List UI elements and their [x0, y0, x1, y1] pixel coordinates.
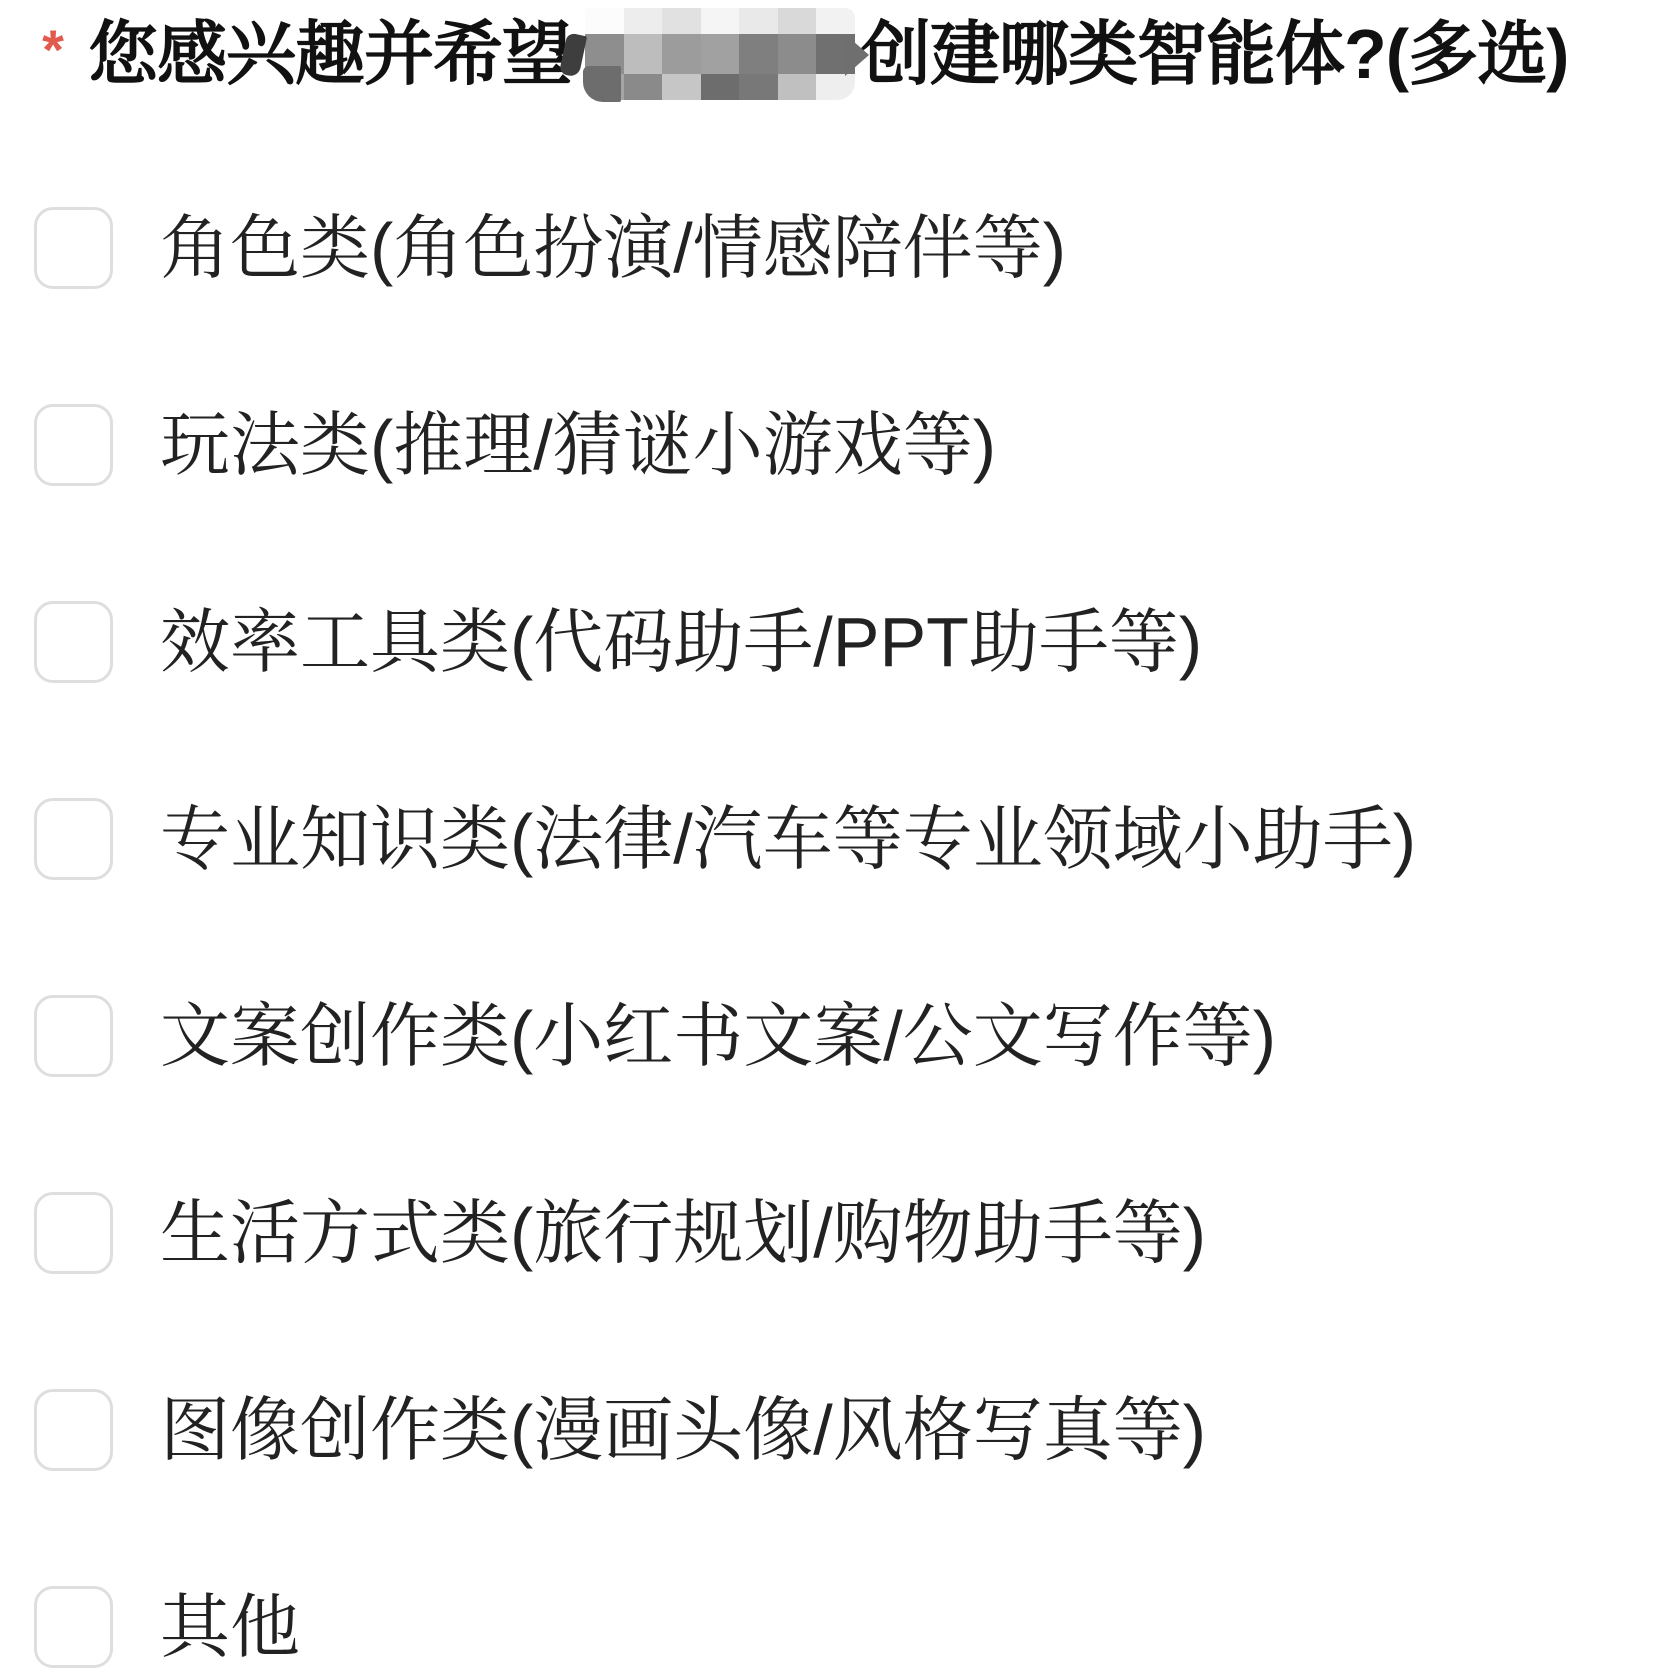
- title-prefix: 您感兴趣并希望: [88, 19, 571, 89]
- censor-mosaic-grid: [585, 8, 855, 100]
- option-row[interactable]: 专业知识类(法律/汽车等专业领域小助手): [34, 797, 1674, 881]
- option-row[interactable]: 效率工具类(代码助手/PPT助手等): [34, 600, 1674, 684]
- option-row[interactable]: 其他: [34, 1585, 1674, 1669]
- option-checkbox[interactable]: [34, 1192, 113, 1274]
- title-suffix: 创建哪类智能体?(多选): [861, 19, 1568, 89]
- option-label: 生活方式类(旅行规划/购物助手等): [160, 1195, 1206, 1272]
- options-list: 角色类(角色扮演/情感陪伴等) 玩法类(推理/猜谜小游戏等) 效率工具类(代码助…: [34, 206, 1674, 1669]
- option-row[interactable]: 玩法类(推理/猜谜小游戏等): [34, 403, 1674, 487]
- option-row[interactable]: 图像创作类(漫画头像/风格写真等): [34, 1388, 1674, 1472]
- option-checkbox[interactable]: [34, 1586, 113, 1668]
- option-label: 专业知识类(法律/汽车等专业领域小助手): [160, 801, 1416, 878]
- question-title-text: 您感兴趣并希望 创建哪类智能体?(多选): [88, 6, 1568, 102]
- option-checkbox[interactable]: [34, 601, 113, 683]
- option-label: 玩法类(推理/猜谜小游戏等): [160, 407, 996, 484]
- option-checkbox[interactable]: [34, 1389, 113, 1471]
- censored-stroke-fragment: [583, 66, 621, 102]
- option-checkbox[interactable]: [34, 207, 113, 289]
- option-checkbox[interactable]: [34, 798, 113, 880]
- option-checkbox[interactable]: [34, 995, 113, 1077]
- option-label: 文案创作类(小红书文案/公文写作等): [160, 998, 1276, 1075]
- option-row[interactable]: 角色类(角色扮演/情感陪伴等): [34, 206, 1674, 290]
- option-checkbox[interactable]: [34, 404, 113, 486]
- option-row[interactable]: 生活方式类(旅行规划/购物助手等): [34, 1191, 1674, 1275]
- pixelated-censor-block: [585, 8, 855, 100]
- option-label: 效率工具类(代码助手/PPT助手等): [160, 604, 1202, 681]
- survey-form: * 您感兴趣并希望 创建哪类智能体?(多选) 角色类(角色扮演/情感陪伴等) 玩…: [0, 0, 1674, 1669]
- option-label: 图像创作类(漫画头像/风格写真等): [160, 1392, 1206, 1469]
- question-title: * 您感兴趣并希望 创建哪类智能体?(多选): [34, 6, 1674, 102]
- option-label: 角色类(角色扮演/情感陪伴等): [160, 210, 1066, 287]
- option-label: 其他: [160, 1589, 300, 1666]
- option-row[interactable]: 文案创作类(小红书文案/公文写作等): [34, 994, 1674, 1078]
- required-asterisk-icon: *: [36, 22, 70, 78]
